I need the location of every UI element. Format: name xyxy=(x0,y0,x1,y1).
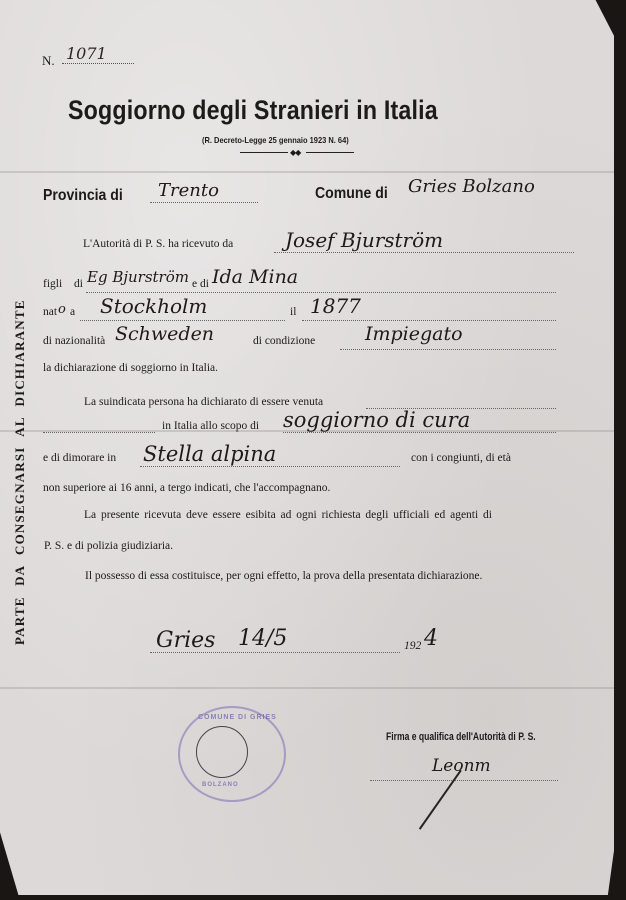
e-di-label: e di xyxy=(192,278,209,290)
number-value: 1071 xyxy=(62,44,134,64)
purpose-line4: non superiore ai 16 anni, a tergo indica… xyxy=(43,482,330,494)
date-day-month: 14/5 xyxy=(238,626,287,651)
fold-line xyxy=(0,687,614,689)
signature-value: Leonm xyxy=(432,756,491,776)
stamp-top-text: COMUNE DI GRIES xyxy=(198,714,277,721)
a-label: a xyxy=(70,306,75,318)
dimorare-label: e di dimorare in xyxy=(43,452,116,464)
number-label: N. xyxy=(42,53,55,69)
nato-suffix: o xyxy=(58,302,66,317)
stamp-bottom-text: BOLZANO xyxy=(202,782,239,788)
official-stamp: COMUNE DI GRIES BOLZANO xyxy=(178,706,286,802)
mother-name: Ida Mina xyxy=(212,266,298,288)
nationality-label: di nazionalità xyxy=(43,335,105,347)
notice-p1b: P. S. e di polizia giudiziaria. xyxy=(44,540,173,552)
residence-value: Stella alpina xyxy=(143,442,276,466)
condition-label: di condizione xyxy=(253,335,315,347)
condition-value: Impiegato xyxy=(365,323,463,345)
father-name: Eg Bjurström xyxy=(87,268,189,286)
nato-label: nat xyxy=(43,306,57,318)
notice-p1a: La presente ricevuta deve essere esibita… xyxy=(84,509,492,521)
comune-value: Gries Bolzano xyxy=(408,176,535,197)
di-label: di xyxy=(74,278,83,290)
date-year-suffix: 4 xyxy=(424,626,438,651)
provincia-label: Provincia di xyxy=(43,187,123,205)
nationality-value: Schweden xyxy=(115,323,214,345)
signature-label: Firma e qualifica dell'Autorità di P. S. xyxy=(386,731,536,743)
figli-label: figli xyxy=(43,278,62,290)
received-from-label: L'Autorità di P. S. ha ricevuto da xyxy=(83,238,233,250)
congiunti-text: con i congiunti, di età xyxy=(411,452,511,464)
notice-p2: Il possesso di essa costituisce, per ogn… xyxy=(85,570,482,582)
signature-stroke xyxy=(419,770,462,830)
purpose-scope-value: soggiorno di cura xyxy=(283,408,470,432)
declarant-name: Josef Bjurström xyxy=(285,228,443,252)
document-subtitle: (R. Decreto-Legge 25 gennaio 1923 N. 64) xyxy=(202,135,349,145)
birth-year: 1877 xyxy=(310,294,361,318)
purpose-line1: La suindicata persona ha dichiarato di e… xyxy=(84,396,323,408)
stamp-inner-circle xyxy=(196,726,248,778)
fold-line xyxy=(0,171,614,173)
il-label: il xyxy=(290,306,296,318)
purpose-scope-label: in Italia allo scopo di xyxy=(162,420,259,432)
ornament-divider: ◆◆ xyxy=(240,148,354,158)
date-place: Gries xyxy=(156,628,215,653)
document-paper: N. 1071 Soggiorno degli Stranieri in Ita… xyxy=(0,0,614,895)
provincia-value: Trento xyxy=(158,180,219,201)
document-title: Soggiorno degli Stranieri in Italia xyxy=(68,95,438,126)
comune-label: Comune di xyxy=(315,185,388,203)
diamond-icon: ◆◆ xyxy=(290,148,300,157)
birthplace: Stockholm xyxy=(100,294,207,318)
side-margin-text: PARTE DA CONSEGNARSI AL DICHIARANTE xyxy=(12,299,28,645)
declaration-line-end: la dichiarazione di soggiorno in Italia. xyxy=(43,362,218,374)
date-year-prefix: 192 xyxy=(404,640,421,652)
